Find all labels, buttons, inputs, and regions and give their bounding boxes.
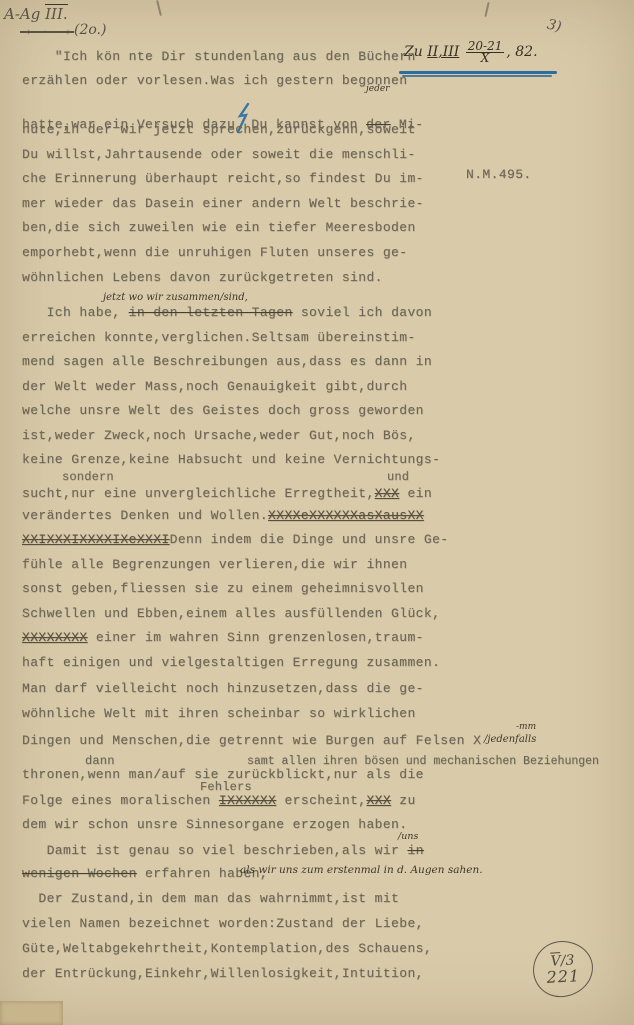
typed-line: vielen Namen bezeichnet worden:Zustand d… bbox=[22, 916, 424, 931]
margin-note: /jedenfalls bbox=[484, 734, 536, 745]
typed-line: Damit ist genau so viel beschrieben,als … bbox=[22, 843, 424, 858]
typed-line: erreichen konnte,verglichen.Seltsam über… bbox=[22, 330, 416, 345]
struck-text: in bbox=[407, 843, 423, 858]
typed-over-text: IXXXXXX bbox=[219, 793, 276, 808]
note-date-fraction: 20-21X bbox=[466, 41, 505, 64]
typed-text: einer im wahren Sinn grenzenlosen,traum- bbox=[88, 630, 424, 645]
archive-stamp-circle: V/3 221 bbox=[532, 939, 595, 998]
siglum-parenthesis: (2o.) bbox=[74, 22, 106, 38]
handwritten-correction: jeder bbox=[366, 84, 390, 94]
note-roman-numerals: II,III bbox=[427, 44, 459, 60]
typed-line: "Ich kön nte Dir stundenlang aus den Büc… bbox=[22, 49, 416, 64]
typed-over-text: XXXXXXXX bbox=[22, 630, 88, 645]
manuscript-page: A-Ag III. → · → (2o.) 3) Zu II,III 20-21… bbox=[0, 0, 634, 1025]
note-tail: , 82. bbox=[506, 44, 537, 60]
handwritten-insertion: jetzt wo wir zusammen/sind, bbox=[103, 292, 248, 303]
typed-text: sucht,nur eine unvergleichliche Erregthe… bbox=[22, 486, 375, 501]
blue-underline bbox=[399, 71, 557, 74]
typed-text: Folge eines moralischen bbox=[22, 793, 219, 808]
typed-over-text: XXXXeXXXXXXasXausXX bbox=[268, 508, 424, 523]
typed-line: XXIXXXIXXXXIXeXXXIDenn indem die Dinge u… bbox=[22, 532, 448, 547]
siglum-prefix: A-Ag bbox=[4, 5, 45, 23]
archive-siglum: A-Ag III. bbox=[4, 5, 68, 23]
typed-line: Du willst,Jahrtausende oder soweit die m… bbox=[22, 147, 416, 162]
typed-interline-insertion: sondern bbox=[62, 470, 114, 485]
handwritten-insertion: /uns bbox=[398, 831, 418, 842]
typed-line: keine Grenze,keine Habsucht und keine Ve… bbox=[22, 452, 440, 467]
typed-text: erscheint, bbox=[276, 793, 366, 808]
typed-over-text: XXIXXXIXXXXIXeXXXI bbox=[22, 532, 170, 547]
stamp-denominator: 221 bbox=[546, 967, 580, 986]
typed-line: emporhebt,wenn die unruhigen Fluten unse… bbox=[22, 245, 407, 260]
typed-line: Ich habe, in den letzten Tagen soviel ic… bbox=[22, 305, 432, 320]
typed-line: Güte,Weltabgekehrtheit,Kontemplation,des… bbox=[22, 941, 432, 956]
typed-line: verändertes Denken und Wollen.XXXXeXXXXX… bbox=[22, 508, 424, 523]
typed-line: Man darf vielleicht noch hinzusetzen,das… bbox=[22, 681, 424, 696]
typed-line: nute,in der wir jetzt sprechen,zurückgeh… bbox=[22, 122, 416, 137]
note-fraction-bottom: X bbox=[466, 53, 505, 64]
typed-text: Ich habe, bbox=[22, 305, 129, 320]
typed-line: wenigen Wochen erfahren haben, bbox=[22, 866, 268, 881]
typed-text: Damit ist genau so viel beschrieben,als … bbox=[22, 843, 407, 858]
typed-line: mend sagen alle Beschreibungen aus,dass … bbox=[22, 354, 432, 369]
typed-line: dem wir schon unsre Sinnesorgane erzogen… bbox=[22, 817, 407, 832]
typed-line: fühle alle Begrenzungen verlieren,die wi… bbox=[22, 557, 407, 572]
handwritten-continuation: als wir uns zum erstenmal in d. Augen sa… bbox=[240, 864, 483, 876]
pencil-stroke bbox=[484, 2, 489, 17]
typed-line: che Erinnerung überhaupt reicht,so finde… bbox=[22, 171, 424, 186]
typed-text: soviel ich davon bbox=[293, 305, 432, 320]
typed-line: Dingen und Menschen,die getrennt wie Bur… bbox=[22, 733, 481, 748]
margin-note-upper: -mm bbox=[516, 722, 536, 732]
typed-line: sucht,nur eine unvergleichliche Erregthe… bbox=[22, 486, 432, 501]
typed-interline-insertion: und bbox=[387, 470, 409, 485]
typed-line: ben,die sich zuweilen wie ein tiefer Mee… bbox=[22, 220, 416, 235]
typed-text: zu bbox=[391, 793, 416, 808]
typed-line: Folge eines moralischen IXXXXXX erschein… bbox=[22, 793, 416, 808]
typed-over-text: XXX bbox=[375, 486, 400, 501]
blue-underline bbox=[402, 75, 552, 77]
typed-line: sonst geben,fliessen sie zu einem geheim… bbox=[22, 581, 424, 596]
struck-text: wenigen Wochen bbox=[22, 866, 137, 881]
pencil-stroke bbox=[156, 0, 162, 16]
typed-text: Denn indem die Dinge und unsre Ge- bbox=[170, 532, 449, 547]
typed-line: welche unsre Welt des Geistes doch gross… bbox=[22, 403, 424, 418]
typed-line: wöhnliche Welt mit ihren scheinbar so wi… bbox=[22, 706, 416, 721]
siglum-roman-numeral: III. bbox=[45, 4, 68, 23]
tape-remnant bbox=[0, 1001, 63, 1025]
page-number-pencil: 3) bbox=[545, 17, 562, 36]
typed-line: haft einigen und vielgestaltigen Erregun… bbox=[22, 655, 440, 670]
typed-line: ist,weder Zweck,noch Ursache,weder Gut,n… bbox=[22, 428, 416, 443]
struck-text: in den letzten Tagen bbox=[129, 305, 293, 320]
typed-text: verändertes Denken und Wollen. bbox=[22, 508, 268, 523]
typed-line: XXXXXXXX einer im wahren Sinn grenzenlos… bbox=[22, 630, 424, 645]
typed-over-text: XXX bbox=[366, 793, 391, 808]
typed-text: ein bbox=[399, 486, 432, 501]
typed-line: wöhnlichen Lebens davon zurückgetreten s… bbox=[22, 270, 383, 285]
typed-line: erzählen oder vorlesen.Was ich gestern b… bbox=[22, 73, 407, 88]
typed-line: der Entrückung,Einkehr,Willenlosigkeit,I… bbox=[22, 966, 424, 981]
typed-line: Der Zustand,in dem man das wahrnimmt,ist… bbox=[22, 891, 399, 906]
typed-line: der Welt weder Mass,noch Genauigkeit gib… bbox=[22, 379, 407, 394]
typed-line: Schwellen und Ebben,einem alles ausfülle… bbox=[22, 606, 440, 621]
archive-reference: N.M.495. bbox=[466, 167, 532, 182]
siglum-struck-marks: → · → bbox=[20, 25, 74, 40]
typed-line: mer wieder das Dasein einer andern Welt … bbox=[22, 196, 424, 211]
dating-note: Zu II,III 20-21X, 82. bbox=[404, 41, 538, 64]
